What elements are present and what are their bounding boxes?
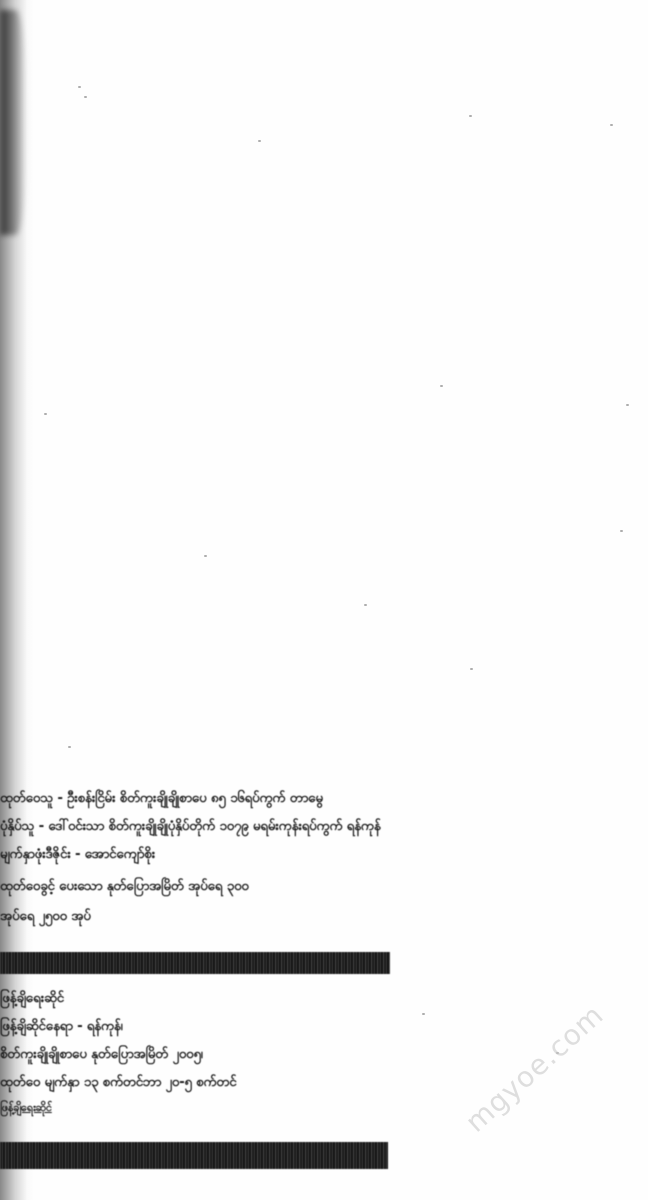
print-run-line: အုပ်ရေ ၂၅၀၀ အုပ် [0, 904, 91, 928]
scan-speck [84, 96, 87, 98]
scan-speck [68, 746, 71, 748]
scan-speck [626, 404, 629, 406]
scan-speck [610, 124, 613, 126]
publisher-line: ထုတ်ဝေသူ - ဦးစန်းငြိမ်း စိတ်ကူးချိုချိုစ… [0, 786, 323, 810]
publisher-year-line: စိတ်ကူးချိုချိုစာပေ နုတ်ပြောအမြိတ် ၂၀၀၅၊ [0, 1042, 203, 1066]
dates-line: ထုတ်ဝေ မျက်နှာ ၁၃ စက်တင်ဘာ ၂၀-၅ စက်တင် [0, 1070, 236, 1094]
cover-design-line: မျက်နှာဖုံးဒီဇိုင်း - အောင်ကျော်စိုး [0, 842, 155, 866]
watermark: mgyoe.com [459, 998, 610, 1139]
scan-speck [470, 668, 473, 670]
redacted-bar [0, 1142, 388, 1169]
binding-dark-region [0, 10, 26, 235]
permit-line: ထုတ်ဝေခွင့် ပေးသော နုတ်ပြောအမြိတ် အုပ်ရေ… [0, 874, 249, 898]
distribution-heading: ဖြန့်ချိရေးဆိုင် [0, 986, 64, 1010]
scan-speck [422, 1013, 425, 1015]
distribution-footer-label: ဖြန့်ချိရေးဆိုင် [0, 1096, 52, 1120]
scanned-page: ထုတ်ဝေသူ - ဦးစန်းငြိမ်း စိတ်ကူးချိုချိုစ… [0, 0, 648, 1200]
redacted-bar [0, 952, 390, 974]
scan-speck [78, 86, 81, 88]
scan-speck [204, 555, 207, 557]
scan-speck [440, 385, 443, 387]
scan-speck [44, 413, 47, 415]
printer-line: ပုံနှိပ်သူ - ဒေါ်ဝင်းသာ စိတ်ကူးချိုချိုပ… [0, 814, 381, 838]
scan-speck [469, 115, 472, 117]
scan-speck [620, 530, 623, 532]
scan-speck [364, 604, 367, 606]
distribution-location: ဖြန့်ချိဆိုင်နေရာ - ရန်ကုန်၊ [0, 1014, 122, 1038]
scan-speck [258, 140, 261, 142]
